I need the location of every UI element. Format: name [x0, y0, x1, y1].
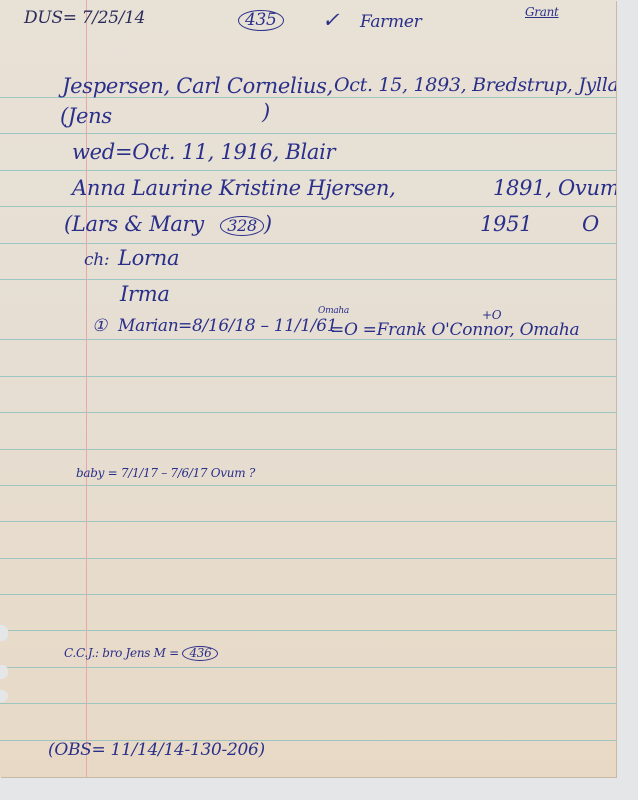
subject-father-open: (Jens: [60, 104, 112, 128]
rule-line: [0, 667, 616, 668]
child-marker: ①: [92, 316, 107, 336]
rule-line: [0, 703, 616, 704]
subject-father-close: ): [262, 100, 270, 124]
child-death-mark: +O: [482, 308, 501, 322]
subject-name: Jespersen, Carl Cornelius,: [62, 74, 333, 98]
rule-line: [0, 243, 616, 244]
rule-line: [0, 170, 616, 171]
record-number-badge: 435: [238, 10, 284, 31]
subject-birth: Oct. 15, 1893, Bredstrup, Jylland: [334, 74, 616, 96]
rule-line: [0, 412, 616, 413]
rule-line: [0, 521, 616, 522]
dus-value: 7/25/14: [82, 8, 145, 28]
children-label: ch:: [84, 250, 109, 270]
child-name: Irma: [120, 282, 170, 306]
county: Grant: [525, 5, 559, 19]
rule-line: [0, 594, 616, 595]
rule-line: [0, 449, 616, 450]
dus-note: DUS= 7/25/14: [24, 8, 145, 28]
torn-edge: [0, 665, 8, 679]
rule-line: [0, 485, 616, 486]
spouse-death-year: 1951: [480, 212, 532, 236]
ruled-paper-page: DUS= 7/25/14 435 ✓ Farmer Grant Jesperse…: [0, 0, 616, 777]
spouse-name: Anna Laurine Kristine Hjersen,: [72, 176, 395, 200]
brother-ref: 436: [182, 646, 218, 661]
child-spouse: =O =Frank O'Connor, Omaha: [330, 320, 579, 340]
spouse-death-place: O: [582, 212, 599, 236]
dus-label: DUS=: [24, 8, 77, 28]
obs-note: (OBS= 11/14/14-130-206): [48, 740, 265, 760]
spouse-birth: 1891, Ovum: [493, 176, 616, 200]
child-name: Lorna: [118, 246, 179, 270]
torn-edge: [0, 625, 8, 641]
rule-line: [0, 279, 616, 280]
rule-line: [0, 376, 616, 377]
child-place-note: Omaha: [318, 306, 349, 316]
spouse-parents: (Lars & Mary 328): [64, 212, 272, 236]
child-dates: =8/16/18 – 11/1/61: [178, 316, 337, 336]
rule-line: [0, 206, 616, 207]
occupation: Farmer: [360, 12, 421, 32]
rule-line: [0, 558, 616, 559]
brother-note: C.C.J.: bro Jens M = 436: [64, 646, 218, 661]
rule-line: [0, 630, 616, 631]
rule-line: [0, 133, 616, 134]
torn-edge: [0, 690, 8, 702]
wedding-line: wed=Oct. 11, 1916, Blair: [72, 140, 335, 164]
child-name: Marian: [118, 316, 178, 336]
checkmark-icon: ✓: [322, 8, 339, 32]
baby-note: baby = 7/1/17 – 7/6/17 Ovum ?: [76, 466, 255, 480]
spouse-parents-ref: 328: [220, 216, 264, 236]
